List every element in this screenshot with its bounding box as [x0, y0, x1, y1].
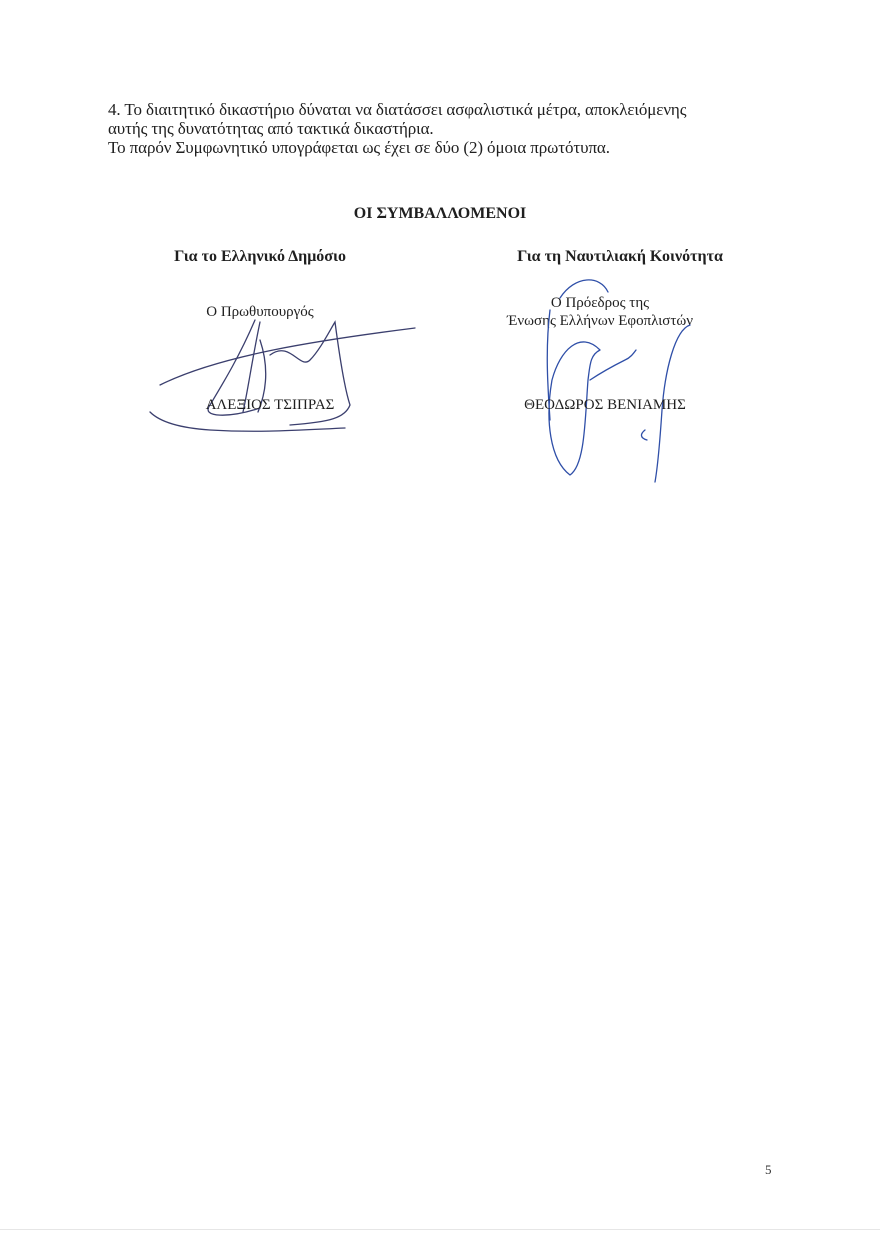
signatory-role-left: Ο Πρωθυπουργός	[140, 303, 380, 321]
party-heading-shipping-community: Για τη Ναυτιλιακή Κοινότητα	[455, 248, 785, 266]
signature-left	[140, 300, 430, 440]
clause-paragraph: 4. Το διαιτητικό δικαστήριο δύναται να δ…	[108, 100, 808, 157]
signatory-name-right: ΘΕΟΔΩΡΟΣ ΒΕΝΙΑΜΗΣ	[470, 397, 740, 414]
section-title: ΟΙ ΣΥΜΒΑΛΛΟΜΕΝΟΙ	[0, 205, 880, 223]
party-heading-greek-state: Για το Ελληνικό Δημόσιο	[95, 248, 425, 266]
page-bottom-divider	[0, 1229, 880, 1230]
page-number: 5	[765, 1162, 772, 1178]
signatory-role-right: Ο Πρόεδρος της Ένωσης Ελλήνων Εφοπλιστών	[460, 294, 740, 330]
signatory-name-left: ΑΛΕΞΙΟΣ ΤΣΙΠΡΑΣ	[150, 397, 390, 414]
paragraph-line: αυτής της δυνατότητας από τακτικά δικαστ…	[108, 119, 808, 138]
role-line: Ένωσης Ελλήνων Εφοπλιστών	[460, 312, 740, 330]
role-line: Ο Πρόεδρος της	[460, 294, 740, 312]
paragraph-line: Το παρόν Συμφωνητικό υπογράφεται ως έχει…	[108, 138, 808, 157]
document-page: 4. Το διαιτητικό δικαστήριο δύναται να δ…	[0, 0, 880, 1244]
paragraph-line: 4. Το διαιτητικό δικαστήριο δύναται να δ…	[108, 100, 808, 119]
role-line: Ο Πρωθυπουργός	[140, 303, 380, 321]
